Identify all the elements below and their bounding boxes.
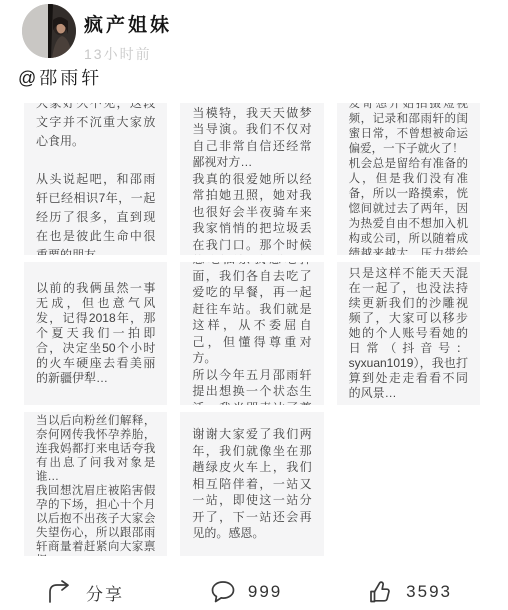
- cell-text: 出发的那个早上，她想吃油条我想吃拌面，我们各自去吃了爱吃的早餐，再一起赶往车站。…: [192, 262, 311, 405]
- cell-text: 以前的我俩虽然一事无成，但也意气风发，记得2018年，那个夏天我们一拍即合，决定…: [36, 281, 155, 386]
- cell-text: 大家好久不见，这段文字并不沉重大家放心食用。 从头说起吧，和邵雨轩已经相识7年，…: [36, 103, 155, 255]
- comment-count: 999: [248, 582, 282, 602]
- timestamp: 13小时前: [84, 44, 172, 64]
- cell-text: 只是这样不能天天混在一起了，也没法持续更新我们的沙雕视频了，大家可以移步她的个人…: [349, 266, 468, 401]
- comment-bubble-icon: [210, 580, 236, 604]
- avatar[interactable]: [22, 4, 76, 58]
- post-image-cell[interactable]: 只是这样不能天天混在一起了，也没法持续更新我们的沙雕视频了，大家可以移步她的个人…: [337, 262, 480, 405]
- mention-link[interactable]: @邵雨轩: [18, 64, 102, 90]
- comment-button[interactable]: 999: [210, 580, 282, 604]
- post-image-cell[interactable]: 大家好久不见，这段文字并不沉重大家放心食用。 从头说起吧，和邵雨轩已经相识7年，…: [24, 103, 167, 255]
- post-image-cell[interactable]: 以前的我俩虽然一事无成，但也意气风发，记得2018年，那个夏天我们一拍即合，决定…: [24, 262, 167, 405]
- post-image-cell[interactable]: 出发的那个早上，她想吃油条我想吃拌面，我们各自去吃了爱吃的早餐，再一起赶往车站。…: [180, 262, 323, 405]
- action-bar: 分享 999 3593: [0, 574, 508, 610]
- post-image-cell[interactable]: 2020年4月的时候，突发奇想开始拍摄短视频，记录和邵雨轩的闺蜜日常，不曾想被命…: [337, 103, 480, 255]
- post-image-cell[interactable]: 2020年以前她在咖啡店上班，我在婚庆公司打工，她天天做梦当模特，我天天做梦当导…: [180, 103, 323, 255]
- username[interactable]: 疯产姐妹: [84, 10, 172, 37]
- share-button[interactable]: 分享: [46, 580, 124, 605]
- post-image-cell[interactable]: 本来我们想一切安顿妥当以后向粉丝们解释，奈何网传我怀孕养胎，连我妈都打来电话夸我…: [24, 412, 167, 556]
- cell-text: 2020年4月的时候，突发奇想开始拍摄短视频，记录和邵雨轩的闺蜜日常，不曾想被命…: [349, 103, 468, 255]
- share-arrow-icon: [46, 580, 74, 604]
- cell-text: 谢谢大家爱了我们两年，我们就像坐在那趟绿皮火车上，我们相互陪伴着，一站又一站，即…: [192, 426, 311, 542]
- cell-text: 本来我们想一切安顿妥当以后向粉丝们解释，奈何网传我怀孕养胎，连我妈都打来电话夸我…: [36, 412, 155, 556]
- avatar-image: [22, 4, 76, 58]
- post-image-cell[interactable]: 谢谢大家爱了我们两年，我们就像坐在那趟绿皮火车上，我们相互陪伴着，一站又一站，即…: [180, 412, 323, 556]
- like-count: 3593: [406, 582, 452, 602]
- like-button[interactable]: 3593: [368, 580, 452, 604]
- post-image-grid: 大家好久不见，这段文字并不沉重大家放心食用。 从头说起吧，和邵雨轩已经相识7年，…: [24, 103, 480, 556]
- share-label: 分享: [86, 580, 124, 605]
- cell-text: 2020年以前她在咖啡店上班，我在婚庆公司打工，她天天做梦当模特，我天天做梦当导…: [192, 103, 311, 255]
- thumbs-up-icon: [368, 580, 394, 604]
- header-user-block: 疯产姐妹 13小时前: [84, 10, 172, 64]
